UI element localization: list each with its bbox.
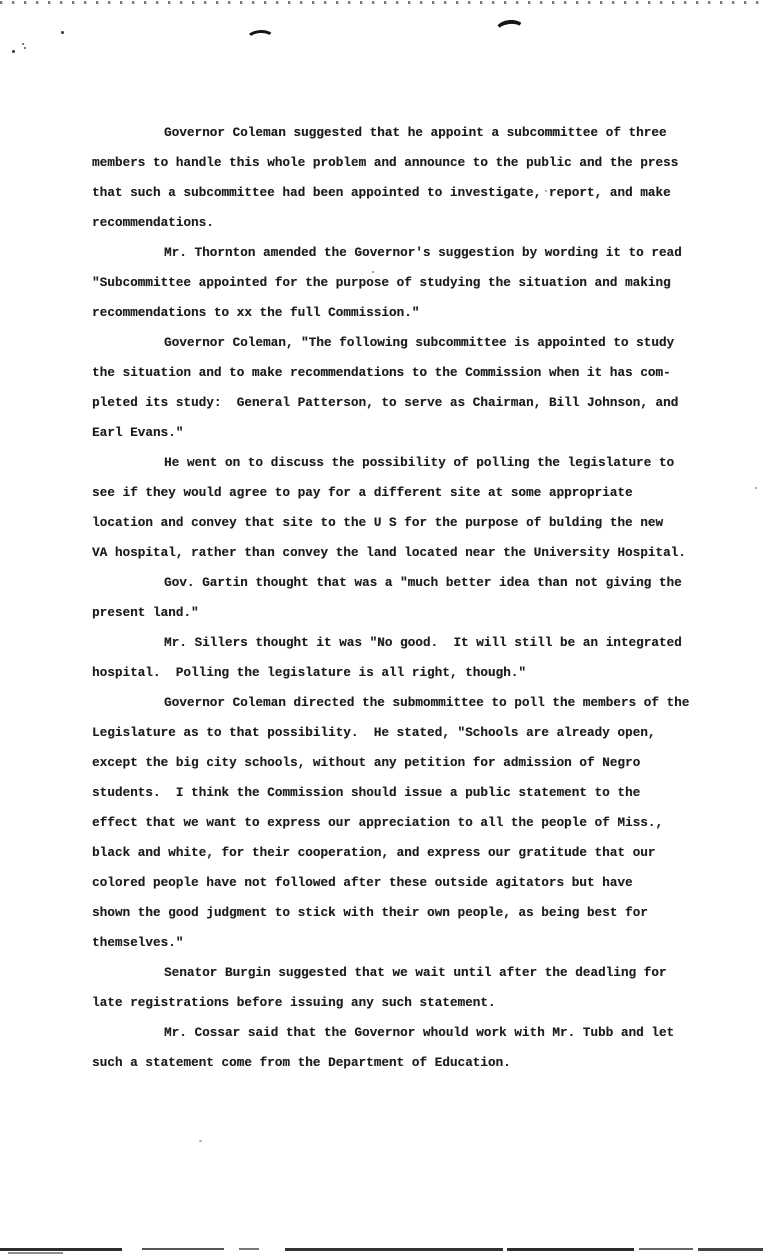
scan-edge-line bbox=[0, 1248, 122, 1251]
scan-edge-line bbox=[639, 1248, 693, 1250]
scan-edge-line bbox=[8, 1252, 63, 1254]
text-line: Senator Burgin suggested that we wait un… bbox=[92, 958, 712, 988]
text-line: Governor Coleman suggested that he appoi… bbox=[92, 118, 712, 148]
text-line: hospital. Polling the legislature is all… bbox=[92, 658, 712, 688]
scan-speckle bbox=[755, 487, 757, 489]
text-line: late registrations before issuing any su… bbox=[92, 988, 712, 1018]
document-body: Governor Coleman suggested that he appoi… bbox=[92, 118, 712, 1078]
text-line: themselves." bbox=[92, 928, 712, 958]
text-line: such a statement come from the Departmen… bbox=[92, 1048, 712, 1078]
text-line: recommendations to xx the full Commissio… bbox=[92, 298, 712, 328]
text-line: Mr. Cossar said that the Governor whould… bbox=[92, 1018, 712, 1048]
scan-edge-line bbox=[698, 1248, 763, 1251]
text-line: see if they would agree to pay for a dif… bbox=[92, 478, 712, 508]
scan-edge-line bbox=[285, 1248, 503, 1251]
arc-pen-mark bbox=[494, 18, 526, 41]
scan-speckle bbox=[24, 47, 26, 49]
text-line: Governor Coleman, "The following subcomm… bbox=[92, 328, 712, 358]
scan-edge-dots bbox=[0, 1, 763, 4]
text-line: shown the good judgment to stick with th… bbox=[92, 898, 712, 928]
text-line: present land." bbox=[92, 598, 712, 628]
text-line: effect that we want to express our appre… bbox=[92, 808, 712, 838]
scan-speckle bbox=[12, 50, 15, 53]
scan-speckle bbox=[22, 43, 24, 45]
text-line: location and convey that site to the U S… bbox=[92, 508, 712, 538]
text-line: except the big city schools, without any… bbox=[92, 748, 712, 778]
text-line: students. I think the Commission should … bbox=[92, 778, 712, 808]
scan-speckle bbox=[199, 1140, 202, 1142]
text-line: Governor Coleman directed the submommitt… bbox=[92, 688, 712, 718]
text-line: pleted its study: General Patterson, to … bbox=[92, 388, 712, 418]
text-line: VA hospital, rather than convey the land… bbox=[92, 538, 712, 568]
text-line: black and white, for their cooperation, … bbox=[92, 838, 712, 868]
text-line: Gov. Gartin thought that was a "much bet… bbox=[92, 568, 712, 598]
text-line: the situation and to make recommendation… bbox=[92, 358, 712, 388]
arc-pen-mark bbox=[246, 29, 276, 48]
text-line: Earl Evans." bbox=[92, 418, 712, 448]
scan-edge-line bbox=[507, 1248, 634, 1251]
scan-edge-line bbox=[142, 1248, 224, 1250]
text-line: Legislature as to that possibility. He s… bbox=[92, 718, 712, 748]
text-line: members to handle this whole problem and… bbox=[92, 148, 712, 178]
text-line: He went on to discuss the possibility of… bbox=[92, 448, 712, 478]
text-line: Mr. Thornton amended the Governor's sugg… bbox=[92, 238, 712, 268]
text-line: colored people have not followed after t… bbox=[92, 868, 712, 898]
scanned-document-page: Governor Coleman suggested that he appoi… bbox=[0, 0, 763, 1257]
text-line: Mr. Sillers thought it was "No good. It … bbox=[92, 628, 712, 658]
text-line: "Subcommittee appointed for the purpose … bbox=[92, 268, 712, 298]
scan-speckle bbox=[61, 31, 64, 34]
text-line: recommendations. bbox=[92, 208, 712, 238]
text-line: that such a subcommittee had been appoin… bbox=[92, 178, 712, 208]
scan-edge-line bbox=[239, 1248, 259, 1250]
